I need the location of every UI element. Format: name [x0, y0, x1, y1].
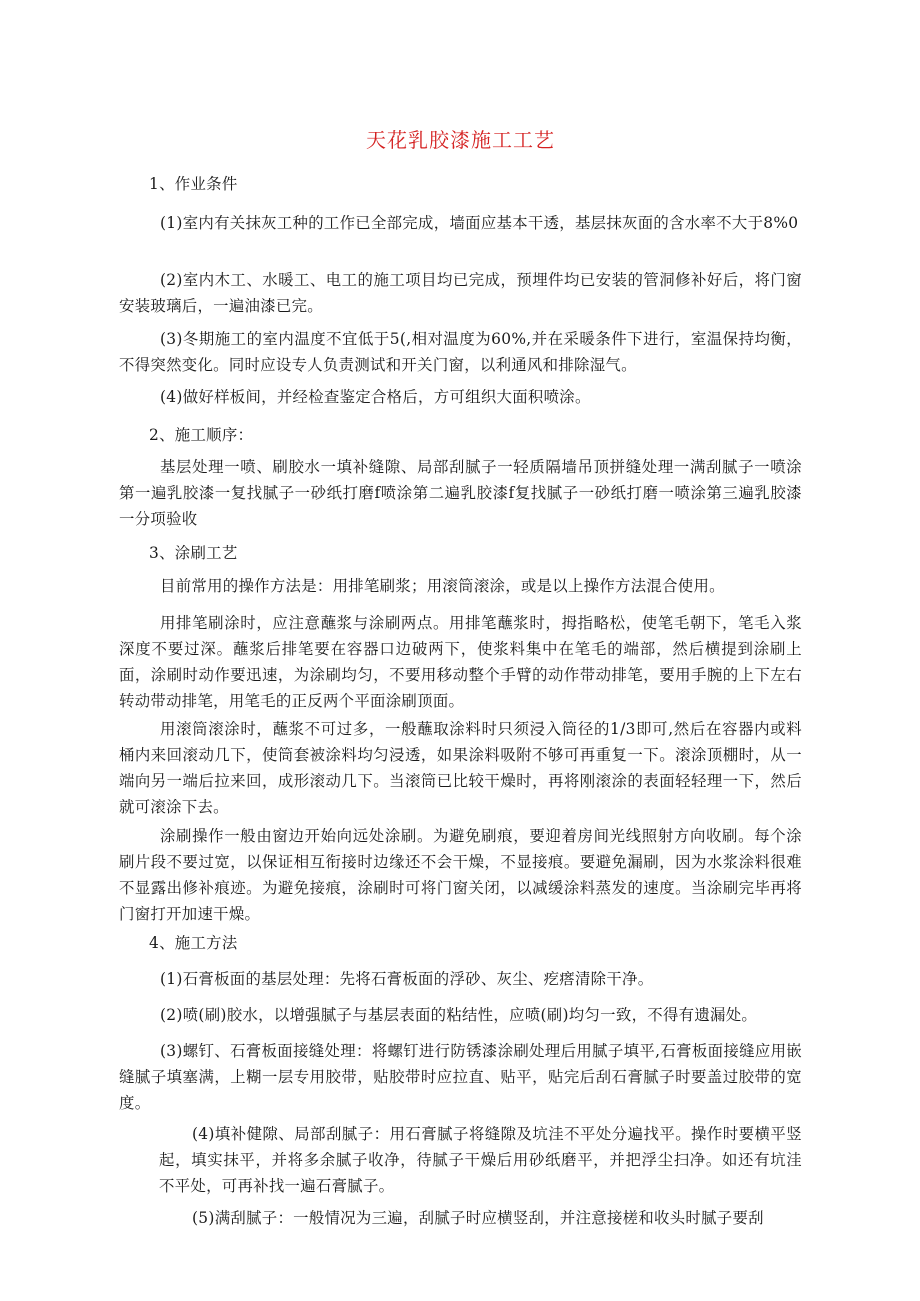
paragraph-3-3: 用滚筒滚涂时，蘸浆不可过多，一般蘸取涂料时只须浸入筒径的1/3即可,然后在容器内…: [119, 716, 802, 820]
paragraph-4-5: (5)满刮腻子：一般情况为三遍，刮腻子时应横竖刮，并注意接槎和收头时腻子要刮: [159, 1205, 802, 1231]
paragraph-3-4: 涂刷操作一般由窗边开始向远处涂刷。为避免刷痕，要迎着房间光线照射方向收刷。每个涂…: [119, 823, 802, 927]
paragraph-4-3: (3)螺钉、石膏板面接缝处理：将螺钉进行防锈漆涂刷处理后用腻子填平,石膏板面接缝…: [119, 1038, 802, 1116]
paragraph-1-4: (4)做好样板间，并经检查鉴定合格后，方可组织大面积喷涂。: [119, 384, 802, 410]
paragraph-2-1: 基层处理一喷、刷胶水一填补缝隙、局部刮腻子一轻质隔墙吊顶拼缝处理一满刮腻子一喷涂…: [119, 454, 802, 532]
paragraph-1-1: (1)室内有关抹灰工种的工作已全部完成，墙面应基本干透，基层抹灰面的含水率不大于…: [119, 210, 802, 236]
paragraph-1-2: (2)室内木工、水暖工、电工的施工项目均已完成，预埋件均已安装的管洞修补好后，将…: [119, 267, 802, 319]
paragraph-3-2: 用排笔刷涂时，应注意蘸浆与涂刷两点。用排笔蘸浆时，拇指略松，使笔毛朝下，笔毛入浆…: [119, 610, 802, 714]
paragraph-1-3: (3)冬期施工的室内温度不宜低于5(,相对温度为60%,并在采暖条件下进行，室温…: [119, 326, 802, 378]
paragraph-4-1: (1)石膏板面的基层处理：先将石膏板面的浮砂、灰尘、疙瘩清除干净。: [119, 966, 802, 992]
paragraph-4-4: (4)填补健隙、局部刮腻子：用石膏腻子将缝隙及坑洼不平处分遍找平。操作时要横平竖…: [159, 1121, 802, 1199]
paragraph-4-2: (2)喷(刷)胶水，以增强腻子与基层表面的粘结性，应喷(刷)均匀一致，不得有遗漏…: [119, 1002, 802, 1028]
section-heading-3: 3、涂刷工艺: [149, 540, 832, 566]
section-heading-4: 4、施工方法: [149, 930, 832, 956]
document-title: 天花乳胶漆施工工艺: [119, 124, 802, 153]
section-heading-1: 1、作业条件: [149, 171, 832, 197]
paragraph-3-1: 目前常用的操作方法是：用排笔刷浆；用滚筒滚涂，或是以上操作方法混合使用。: [119, 573, 802, 599]
section-heading-2: 2、施工顺序：: [149, 422, 832, 448]
